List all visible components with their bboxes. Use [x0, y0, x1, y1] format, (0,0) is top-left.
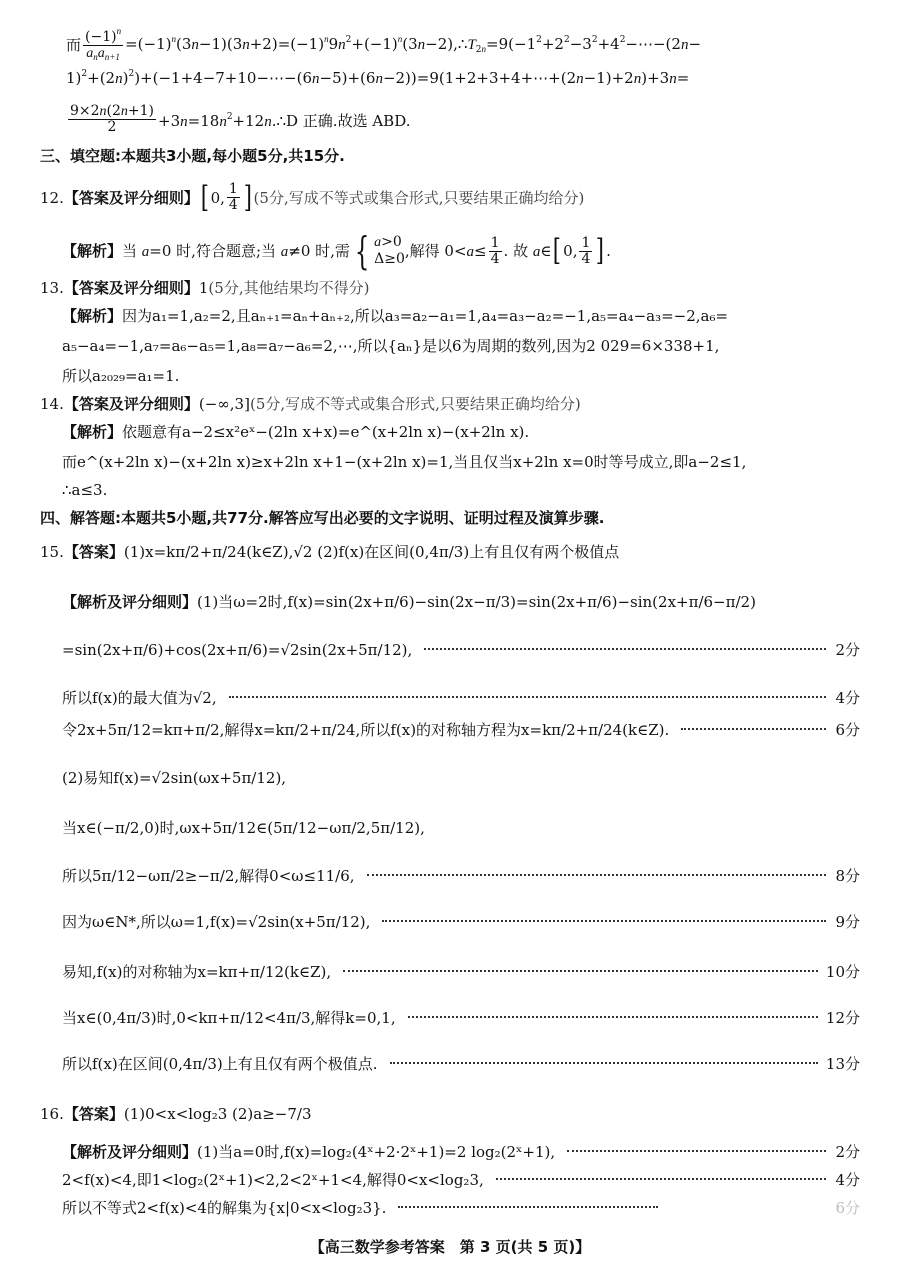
q15-step-6: 当x∈(−π/2,0)时,ωx+5π/12∈(5π/12−ωπ/2,5π/12)…: [62, 818, 860, 838]
q16-step-1: 【解析及评分细则】 (1)当a=0时,f(x)=log₂(4ˣ+2·2ˣ+1)=…: [62, 1142, 860, 1162]
score: 10分: [826, 962, 860, 982]
score: 9分: [834, 912, 860, 932]
q16-analysis-tag: 【解析及评分细则】: [62, 1142, 197, 1162]
q13-analysis-line-1: 【解析】 因为a₁=1,a₂=2,且aₙ₊₁=aₙ+aₙ₊₂,所以a₃=a₂−a…: [62, 306, 860, 326]
q15-answer: 15. 【答案】 (1)x=kπ/2+π/24(k∈Z),√2 (2)f(x)在…: [40, 542, 860, 562]
q15-analysis-tag: 【解析及评分细则】: [62, 592, 197, 612]
q16-answer-value: (1)0<x<log₂3 (2)a≥−7/3: [124, 1104, 312, 1124]
q15-step-8: 因为ω∈N*,所以ω=1,f(x)=√2sin(x+5π/12),9分: [62, 912, 860, 932]
q13-note: (5分,其他结果均不得分): [208, 278, 369, 298]
q12-analysis: 【解析】 当 a=0 时,符合题意;当 a≠0 时,需 {a>0Δ≥0 ,解得 …: [62, 232, 860, 270]
q14-analysis-line-2: 而e^(x+2ln x)−(x+2ln x)≥x+2ln x+1−(x+2ln …: [62, 452, 860, 472]
q14-analysis-line-3: ∴a≤3.: [62, 480, 860, 500]
q13-number: 13.: [40, 278, 64, 298]
q14-analysis-tag: 【解析】: [62, 422, 122, 442]
q13-answer-value: 1: [199, 278, 209, 298]
score: 13分: [826, 1054, 860, 1074]
q16-step-2: 2<f(x)<4,即1<log₂(2ˣ+1)<2,2<2ˣ+1<4,解得0<x<…: [62, 1170, 860, 1190]
q12-answer: 12. 【答案及评分细则】 [0,14] (5分,写成不等式或集合形式,只要结果…: [40, 182, 860, 213]
section-4-title: 四、解答题:本题共5小题,共77分.解答应写出必要的文字说明、证明过程及演算步骤…: [40, 508, 860, 528]
q15-step-9: 易知,f(x)的对称轴为x=kπ+π/12(k∈Z),10分: [62, 962, 860, 982]
q12-analysis-tag: 【解析】: [62, 241, 122, 261]
q13-answer-tag: 【答案及评分细则】: [64, 278, 199, 298]
score: 12分: [826, 1008, 860, 1028]
q15-step-10: 当x∈(0,4π/3)时,0<kπ+π/12<4π/3,解得k=0,1,12分: [62, 1008, 860, 1028]
score: 6分: [834, 1198, 860, 1218]
q15-step-7: 所以5π/12−ωπ/2≥−π/2,解得0<ω≤11/6,8分: [62, 866, 860, 886]
q13-analysis-line-3: 所以a₂₀₂₉=a₁=1.: [62, 366, 860, 386]
q14-answer-value: (−∞,3]: [199, 394, 250, 414]
q16-number: 16.: [40, 1104, 64, 1124]
q11-line-1: 而(−1)nanan+1 =(−1)n(3n−1)(3n+2)=(−1)n9n2…: [66, 24, 860, 65]
page-footer: 【高三数学参考答案 第 3 页(共 5 页)】: [0, 1236, 900, 1257]
q15-step-3: 所以f(x)的最大值为√2,4分: [62, 688, 860, 708]
q15-number: 15.: [40, 542, 64, 562]
q14-number: 14.: [40, 394, 64, 414]
score: 4分: [834, 1170, 860, 1190]
q12-number: 12.: [40, 188, 64, 208]
q13-analysis-line-2: a₅−a₄=−1,a₇=a₆−a₅=1,a₈=a₇−a₆=2,⋯,所以{aₙ}是…: [62, 336, 860, 356]
q16-answer-tag: 【答案】: [64, 1104, 124, 1124]
q11-line-2: 1)2+(2n)2)+(−1+4−7+10−⋯−(6n−5)+(6n−2))=9…: [66, 64, 860, 89]
q15-answer-value: (1)x=kπ/2+π/24(k∈Z),√2 (2)f(x)在区间(0,4π/3…: [124, 542, 619, 562]
q14-note: (5分,写成不等式或集合形式,只要结果正确均给分): [250, 394, 581, 414]
q16-answer: 16. 【答案】 (1)0<x<log₂3 (2)a≥−7/3: [40, 1104, 860, 1124]
q13-analysis-tag: 【解析】: [62, 306, 122, 326]
q15-step-1: 【解析及评分细则】 (1)当ω=2时,f(x)=sin(2x+π/6)−sin(…: [62, 592, 860, 612]
score: 6分: [834, 720, 860, 740]
score: 2分: [834, 640, 860, 660]
q14-answer: 14. 【答案及评分细则】 (−∞,3] (5分,写成不等式或集合形式,只要结果…: [40, 394, 860, 414]
q16-step-3: 所以不等式2<f(x)<4的解集为{x|0<x<log₂3}.6分: [62, 1198, 860, 1218]
q12-note: (5分,写成不等式或集合形式,只要结果正确均给分): [254, 188, 585, 208]
q13-answer: 13. 【答案及评分细则】 1 (5分,其他结果均不得分): [40, 278, 860, 298]
q11-line-3: 9×2n(2n+1)2 +3n=18n2+12n.∴D 正确.故选 ABD.: [66, 104, 860, 135]
q14-answer-tag: 【答案及评分细则】: [64, 394, 199, 414]
q15-answer-tag: 【答案】: [64, 542, 124, 562]
q15-step-2: =sin(2x+π/6)+cos(2x+π/6)=√2sin(2x+5π/12)…: [62, 640, 860, 660]
score: 2分: [834, 1142, 860, 1162]
q12-answer-tag: 【答案及评分细则】: [64, 188, 199, 208]
section-3-title: 三、填空题:本题共3小题,每小题5分,共15分.: [40, 146, 860, 166]
q15-step-4: 令2x+5π/12=kπ+π/2,解得x=kπ/2+π/24,所以f(x)的对称…: [62, 720, 860, 740]
score: 8分: [834, 866, 860, 886]
q15-step-5: (2)易知f(x)=√2sin(ωx+5π/12),: [62, 768, 860, 788]
q14-analysis-line-1: 【解析】 依题意有a−2≤x²eˣ−(2ln x+x)=e^(x+2ln x)−…: [62, 422, 860, 442]
q15-step-11: 所以f(x)在区间(0,4π/3)上有且仅有两个极值点.13分: [62, 1054, 860, 1074]
score: 4分: [834, 688, 860, 708]
